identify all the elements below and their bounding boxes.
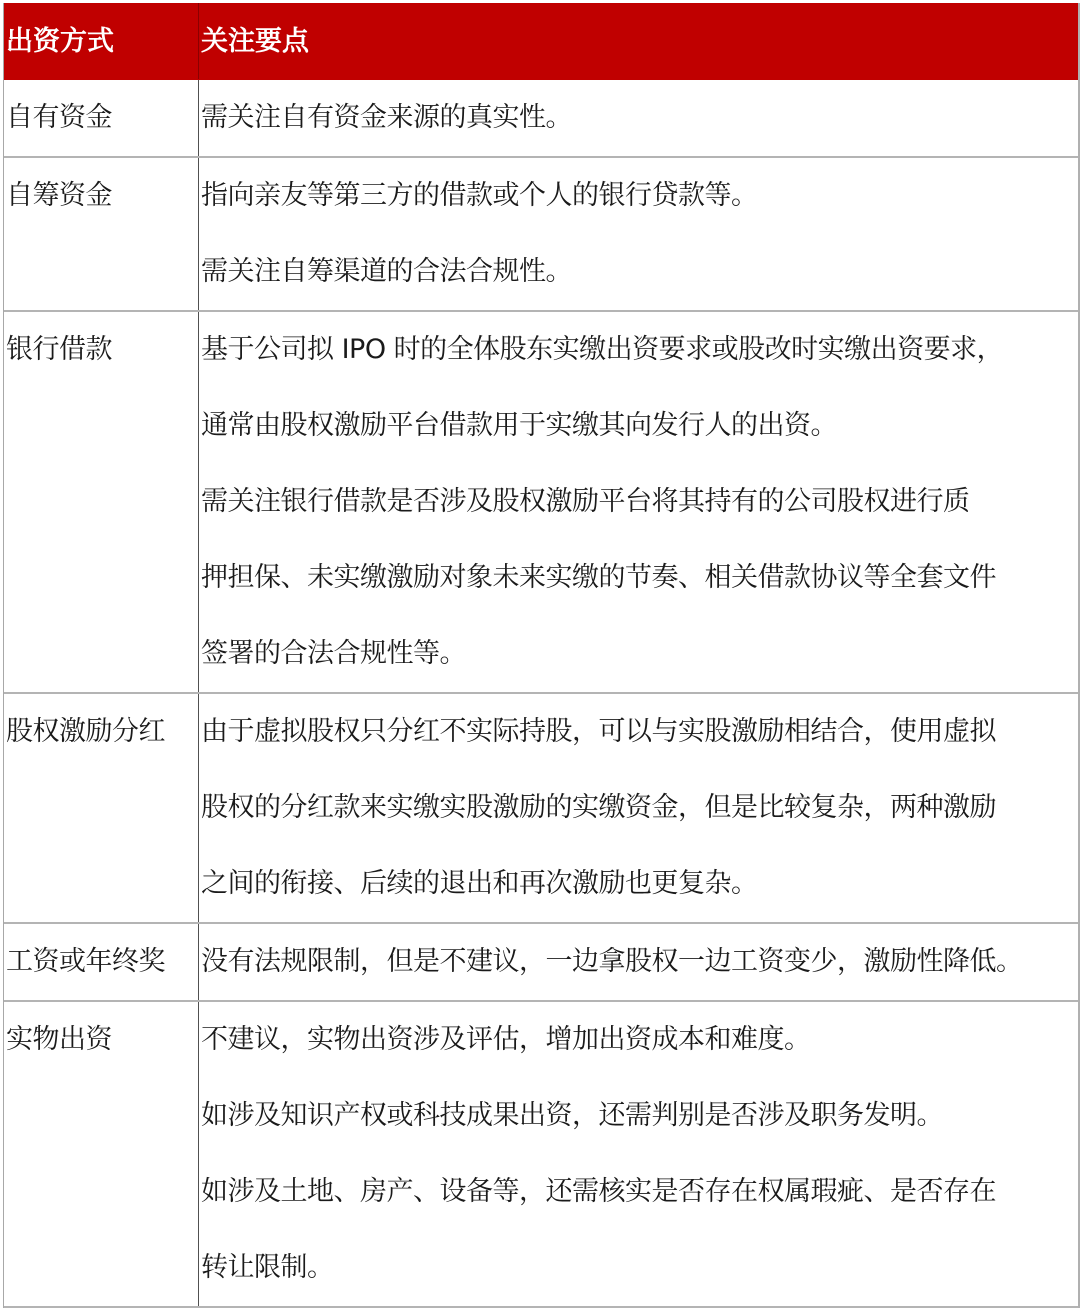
points-cell: 基于公司拟 IPO 时的全体股东实缴出资要求或股改时实缴出资要求， 通常由股权激… [199, 312, 1078, 692]
method-cell: 银行借款 [4, 312, 199, 692]
point-line: 指向亲友等第三方的借款或个人的银行贷款等。 [201, 158, 1078, 234]
method-cell: 自有资金 [4, 80, 199, 156]
point-line: 不建议，实物出资涉及评估，增加出资成本和难度。 [201, 1002, 1078, 1078]
funding-methods-table: 出资方式 关注要点 自有资金 需关注自有资金来源的真实性。 自筹资金 指向亲友等… [3, 3, 1080, 1308]
header-key-points: 关注要点 [199, 3, 1078, 79]
method-cell: 自筹资金 [4, 158, 199, 310]
point-line: 基于公司拟 IPO 时的全体股东实缴出资要求或股改时实缴出资要求， [201, 312, 1078, 388]
table-row: 银行借款 基于公司拟 IPO 时的全体股东实缴出资要求或股改时实缴出资要求， 通… [4, 312, 1078, 694]
table-row: 工资或年终奖 没有法规限制，但是不建议，一边拿股权一边工资变少，激励性降低。 [4, 924, 1078, 1002]
header-funding-method: 出资方式 [4, 3, 199, 79]
method-cell: 股权激励分红 [4, 694, 199, 922]
point-line: 没有法规限制，但是不建议，一边拿股权一边工资变少，激励性降低。 [201, 924, 1078, 1000]
table-row: 实物出资 不建议，实物出资涉及评估，增加出资成本和难度。 如涉及知识产权或科技成… [4, 1002, 1078, 1308]
point-line: 由于虚拟股权只分红不实际持股，可以与实股激励相结合，使用虚拟 [201, 694, 1078, 770]
point-line: 如涉及土地、房产、设备等，还需核实是否存在权属瑕疵、是否存在 [201, 1154, 1078, 1230]
table-header-row: 出资方式 关注要点 [4, 3, 1078, 80]
method-label: 自有资金 [6, 80, 198, 156]
method-label: 实物出资 [6, 1002, 198, 1078]
method-cell: 工资或年终奖 [4, 924, 199, 1000]
points-cell: 指向亲友等第三方的借款或个人的银行贷款等。 需关注自筹渠道的合法合规性。 [199, 158, 1078, 310]
point-line: 通常由股权激励平台借款用于实缴其向发行人的出资。 [201, 388, 1078, 464]
points-cell: 需关注自有资金来源的真实性。 [199, 80, 1078, 156]
point-line: 签署的合法合规性等。 [201, 616, 1078, 692]
points-cell: 没有法规限制，但是不建议，一边拿股权一边工资变少，激励性降低。 [199, 924, 1078, 1000]
point-line: 股权的分红款来实缴实股激励的实缴资金，但是比较复杂，两种激励 [201, 770, 1078, 846]
point-line: 之间的衔接、后续的退出和再次激励也更复杂。 [201, 846, 1078, 922]
point-line: 转让限制。 [201, 1230, 1078, 1306]
method-label: 工资或年终奖 [6, 924, 198, 1000]
table-row: 自有资金 需关注自有资金来源的真实性。 [4, 80, 1078, 158]
point-line: 如涉及知识产权或科技成果出资，还需判别是否涉及职务发明。 [201, 1078, 1078, 1154]
table-row: 自筹资金 指向亲友等第三方的借款或个人的银行贷款等。 需关注自筹渠道的合法合规性… [4, 158, 1078, 312]
point-line: 需关注自筹渠道的合法合规性。 [201, 234, 1078, 310]
point-line: 需关注银行借款是否涉及股权激励平台将其持有的公司股权进行质 [201, 464, 1078, 540]
method-label: 自筹资金 [6, 158, 198, 234]
method-cell: 实物出资 [4, 1002, 199, 1306]
table-row: 股权激励分红 由于虚拟股权只分红不实际持股，可以与实股激励相结合，使用虚拟 股权… [4, 694, 1078, 924]
points-cell: 由于虚拟股权只分红不实际持股，可以与实股激励相结合，使用虚拟 股权的分红款来实缴… [199, 694, 1078, 922]
method-label: 股权激励分红 [6, 694, 198, 770]
point-line: 押担保、未实缴激励对象未来实缴的节奏、相关借款协议等全套文件 [201, 540, 1078, 616]
point-line: 需关注自有资金来源的真实性。 [201, 80, 1078, 156]
method-label: 银行借款 [6, 312, 198, 388]
points-cell: 不建议，实物出资涉及评估，增加出资成本和难度。 如涉及知识产权或科技成果出资，还… [199, 1002, 1078, 1306]
